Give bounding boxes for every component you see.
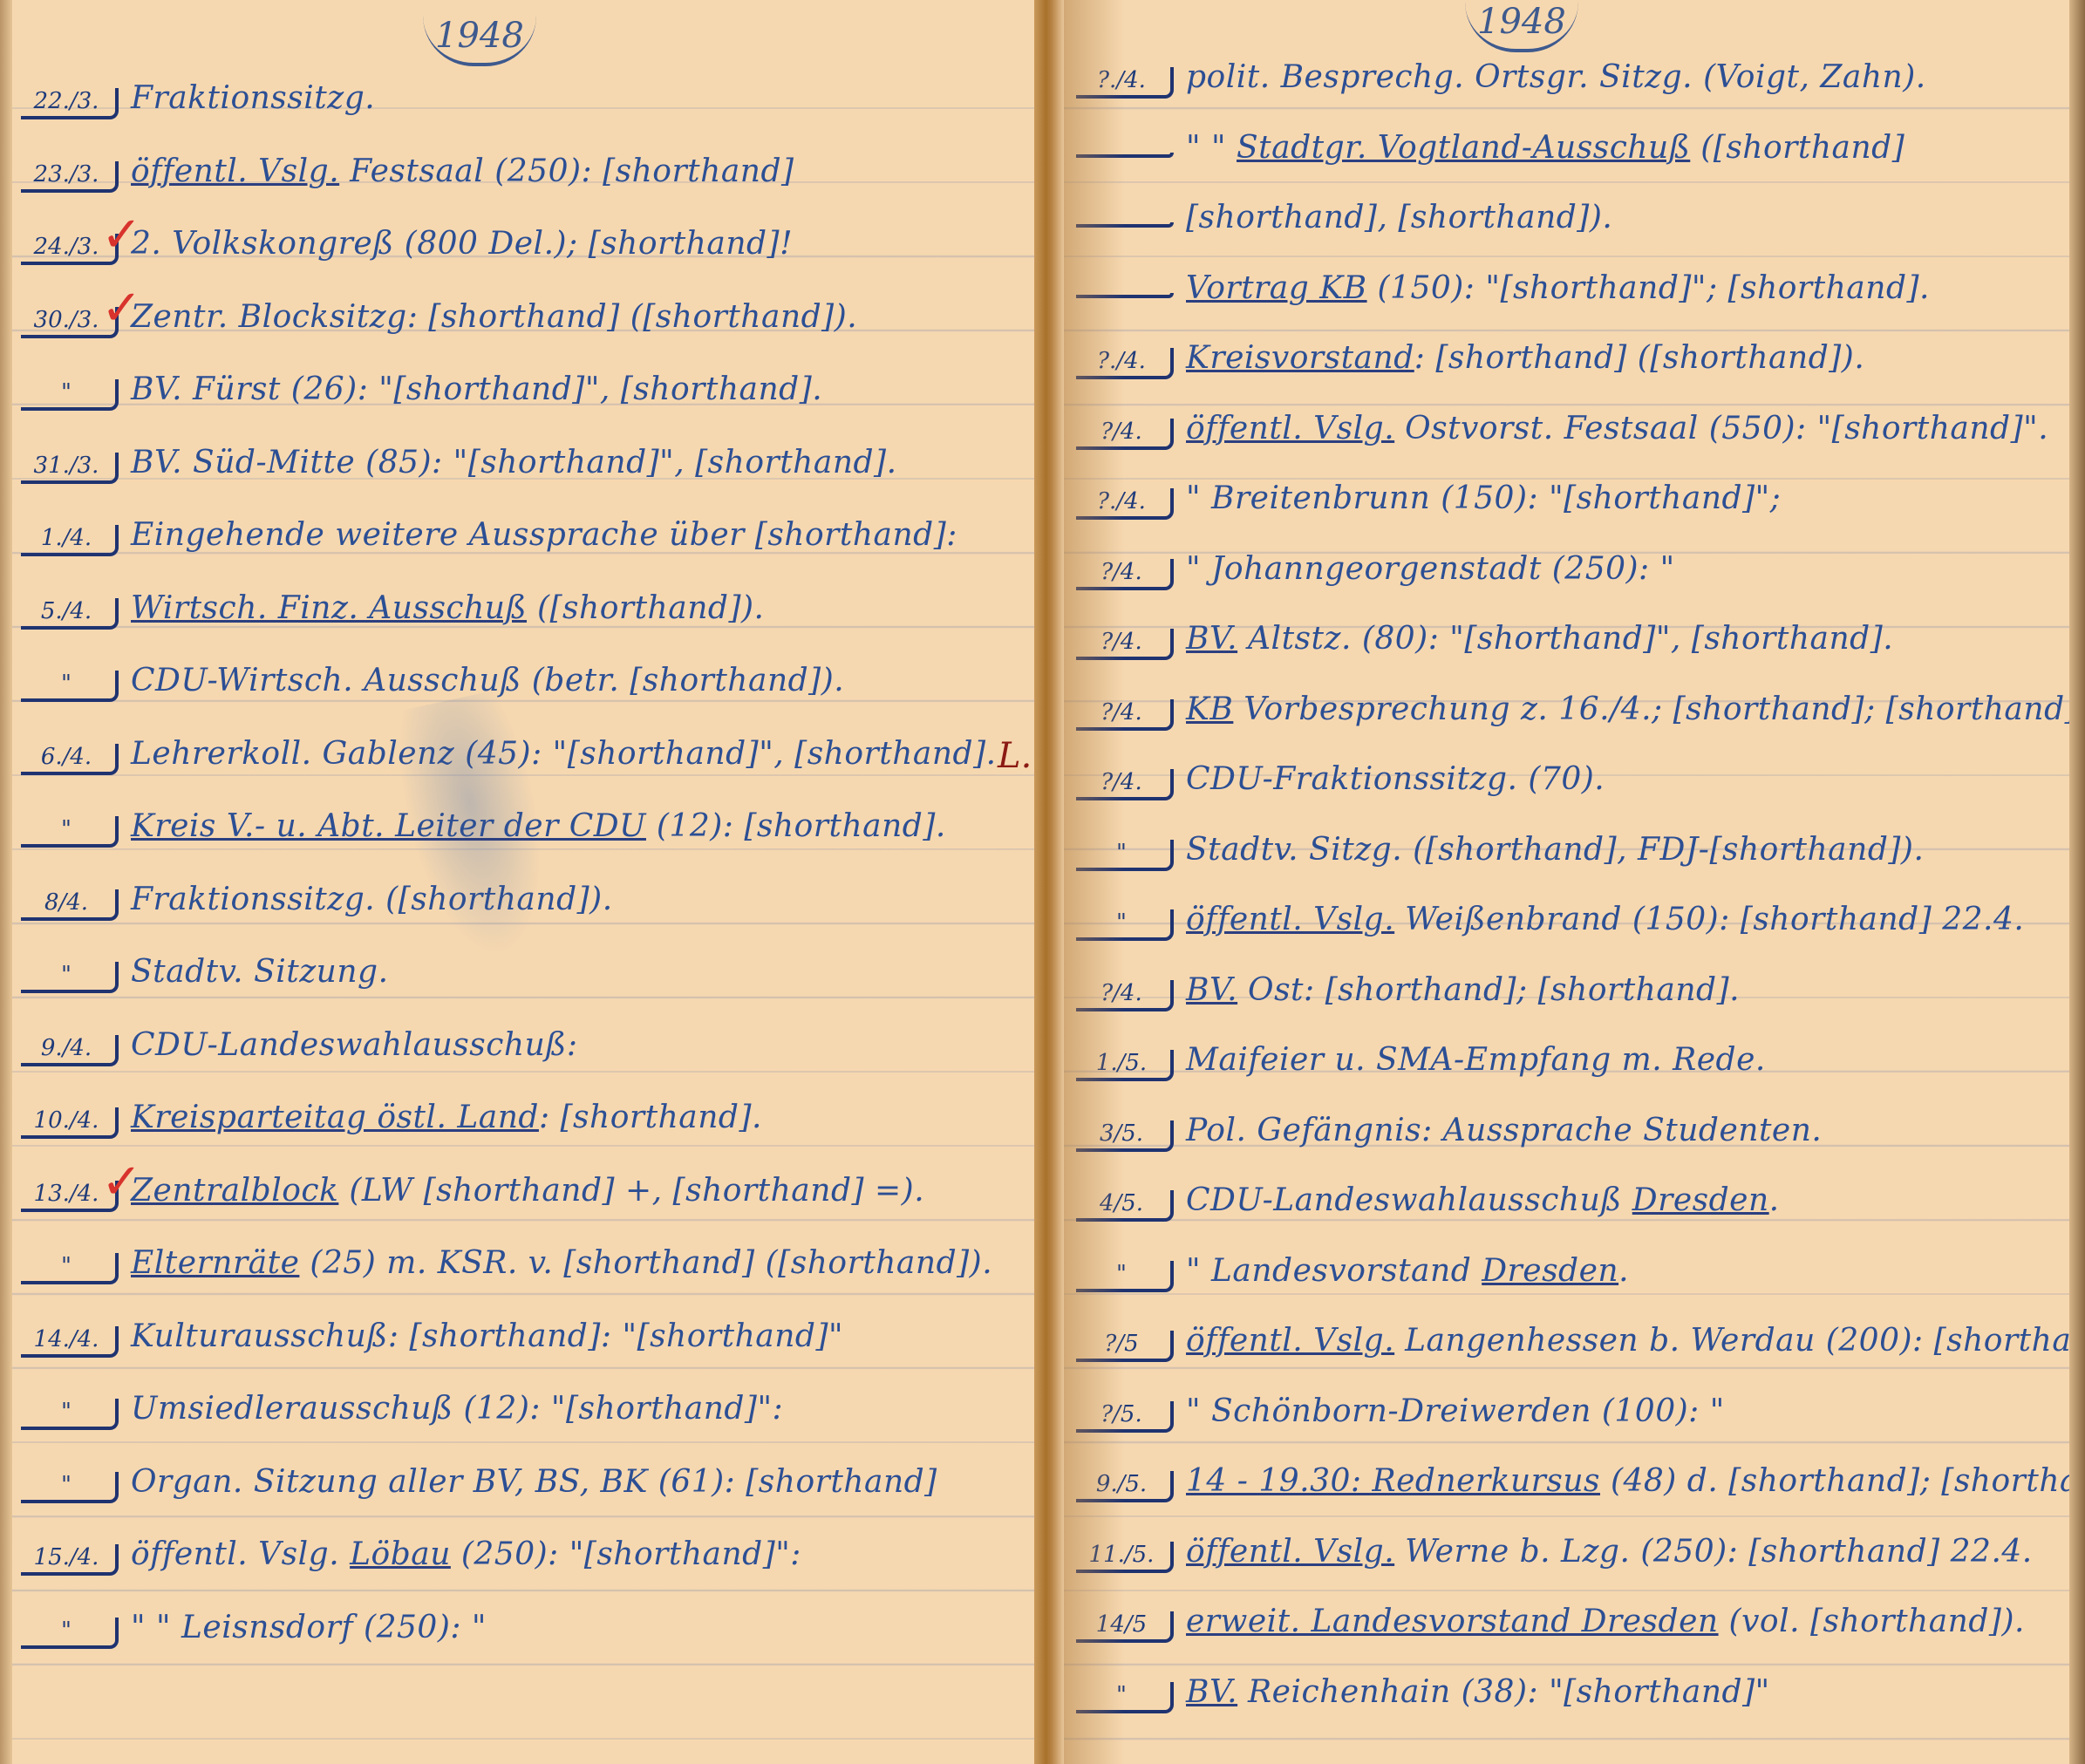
diary-entry: ?/4.BV. Ost: [shorthand]; [shorthand]. xyxy=(1076,972,1740,1033)
entry-text: BV. Fürst (26): "[shorthand]", [shorthan… xyxy=(131,371,822,407)
entry-date: " xyxy=(21,671,119,702)
diary-entry: ?/4.BV. Altstz. (80): "[shorthand]", [sh… xyxy=(1076,621,1893,682)
entry-text: KB Vorbesprechung z. 16./4.; [shorthand]… xyxy=(1186,691,2085,727)
diary-entry: ?/5." Schönborn-Dreiwerden (100): " xyxy=(1076,1393,1725,1454)
entry-text: CDU-Landeswahlausschuß: xyxy=(131,1027,577,1063)
entry-date: " xyxy=(21,962,119,993)
entry-date: " xyxy=(21,379,119,411)
entry-text: Pol. Gefängnis: Aussprache Studenten. xyxy=(1186,1113,1822,1148)
diary-entry: ?/5öffentl. Vslg. Langenhessen b. Werdau… xyxy=(1076,1323,2085,1384)
entry-text: CDU-Wirtsch. Ausschuß (betr. [shorthand]… xyxy=(131,663,844,698)
entry-text: Zentr. Blocksitzg: [shorthand] ([shortha… xyxy=(131,299,857,335)
diary-entry: ?/4." Johanngeorgenstadt (250): " xyxy=(1076,551,1675,612)
entry-date: 8/4. xyxy=(21,889,119,921)
diary-entry: "CDU-Wirtsch. Ausschuß (betr. [shorthand… xyxy=(21,663,844,724)
diary-entry: 3/5.Pol. Gefängnis: Aussprache Studenten… xyxy=(1076,1113,1822,1174)
diary-entry: 14./4.Kulturausschuß: [shorthand]: "[sho… xyxy=(21,1318,843,1379)
diary-entry: ?/4.CDU-Fraktionssitzg. (70). xyxy=(1076,761,1605,822)
red-margin-mark: L. xyxy=(998,736,1032,776)
diary-entry: 15./4.öffentl. Vslg. Löbau (250): "[shor… xyxy=(21,1536,801,1597)
entry-text: öffentl. Vslg. Festsaal (250): [shorthan… xyxy=(131,153,794,189)
notebook-spine xyxy=(1034,0,1064,1764)
entry-date: " xyxy=(21,816,119,848)
entry-date: 31./3. xyxy=(21,453,119,484)
diary-entry: 13./4.Zentralblock (LW [shorthand] +, [s… xyxy=(21,1173,924,1234)
entry-date: " xyxy=(21,1472,119,1503)
entry-text: " " Leisnsdorf (250): " xyxy=(131,1610,487,1645)
diary-entry: "BV. Reichenhain (38): "[shorthand]" xyxy=(1076,1674,1770,1735)
diary-entry: "" " Leisnsdorf (250): " xyxy=(21,1610,487,1671)
diary-entry: 31./3.BV. Süd-Mitte (85): "[shorthand]",… xyxy=(21,445,897,506)
entry-date: 1./4. xyxy=(21,525,119,556)
diary-entry: 24./3.2. Volkskongreß (800 Del.); [short… xyxy=(21,226,793,287)
entry-text: Lehrerkoll. Gablenz (45): "[shorthand]",… xyxy=(131,736,997,772)
entry-date: 15./4. xyxy=(21,1544,119,1576)
entry-date: 5./4. xyxy=(21,598,119,630)
red-check-icon: ✓ xyxy=(101,207,142,263)
spine-shadow xyxy=(1064,0,1125,1764)
diary-entry: "Elternräte (25) m. KSR. v. [shorthand] … xyxy=(21,1245,992,1306)
diary-entry: "" Landesvorstand Dresden. xyxy=(1076,1253,1629,1314)
entry-text: Stadtv. Sitzung. xyxy=(131,954,389,990)
entry-text: Elternräte (25) m. KSR. v. [shorthand] (… xyxy=(131,1245,992,1281)
diary-entry: 9./5.14 - 19.30: Rednerkursus (48) d. [s… xyxy=(1076,1463,2085,1524)
entry-text: öffentl. Vslg. Langenhessen b. Werdau (2… xyxy=(1186,1323,2085,1359)
entry-date: " xyxy=(21,1618,119,1649)
entry-date: 9./4. xyxy=(21,1035,119,1066)
diary-entry: 22./3.Fraktionssitzg. xyxy=(21,80,375,141)
entry-text: Fraktionssitzg. ([shorthand]). xyxy=(131,882,613,917)
diary-entry: "BV. Fürst (26): "[shorthand]", [shortha… xyxy=(21,371,822,432)
entry-date: 23./3. xyxy=(21,161,119,193)
entry-text: Zentralblock (LW [shorthand] +, [shortha… xyxy=(131,1173,924,1209)
diary-entry: 4/5.CDU-Landeswahlausschuß Dresden. xyxy=(1076,1182,1780,1243)
left-page-year: 1948 xyxy=(423,16,536,66)
entry-text: 14 - 19.30: Rednerkursus (48) d. [shorth… xyxy=(1186,1463,2085,1499)
entry-text: öffentl. Vslg. Werne b. Lzg. (250): [sho… xyxy=(1186,1534,2033,1570)
entry-text: BV. Altstz. (80): "[shorthand]", [shorth… xyxy=(1186,621,1893,657)
entry-text: öffentl. Vslg. Löbau (250): "[shorthand]… xyxy=(131,1536,801,1572)
entry-text: Wirtsch. Finz. Ausschuß ([shorthand]). xyxy=(131,590,764,626)
entry-text: Kreis V.- u. Abt. Leiter der CDU (12): [… xyxy=(131,808,946,844)
entry-date: 14./4. xyxy=(21,1326,119,1358)
entry-text: BV. Ost: [shorthand]; [shorthand]. xyxy=(1186,972,1740,1008)
entry-text: Kulturausschuß: [shorthand]: "[shorthand… xyxy=(131,1318,843,1354)
entry-text: " Breitenbrunn (150): "[shorthand]"; xyxy=(1186,480,1781,516)
diary-entry: "Kreis V.- u. Abt. Leiter der CDU (12): … xyxy=(21,808,946,869)
diary-entry: ?./4." Breitenbrunn (150): "[shorthand]"… xyxy=(1076,480,1781,541)
diary-entry: ?/4.KB Vorbesprechung z. 16./4.; [shorth… xyxy=(1076,691,2085,753)
diary-entry: 30./3.Zentr. Blocksitzg: [shorthand] ([s… xyxy=(21,299,857,360)
left-page: 1948 22./3.Fraktionssitzg.23./3.öffentl.… xyxy=(0,0,1038,1764)
red-check-icon: ✓ xyxy=(101,280,142,337)
entry-text: öffentl. Vslg. Ostvorst. Festsaal (550):… xyxy=(1186,411,2048,446)
diary-entry: ?./4.polit. Besprechg. Ortsgr. Sitzg. (V… xyxy=(1076,59,1926,120)
entry-date: 22./3. xyxy=(21,88,119,119)
diary-entry: ?/4.öffentl. Vslg. Ostvorst. Festsaal (5… xyxy=(1076,411,2048,472)
diary-entry: [shorthand], [shorthand]). xyxy=(1076,200,1612,261)
entry-text: BV. Süd-Mitte (85): "[shorthand]", [shor… xyxy=(131,445,897,480)
entry-date: 10./4. xyxy=(21,1107,119,1139)
entry-text: BV. Reichenhain (38): "[shorthand]" xyxy=(1186,1674,1770,1710)
diary-entry: 9./4.CDU-Landeswahlausschuß: xyxy=(21,1027,577,1088)
diary-entry: ?./4.Kreisvorstand: [shorthand] ([shorth… xyxy=(1076,340,1864,401)
diary-entry: 8/4.Fraktionssitzg. ([shorthand]). xyxy=(21,882,613,943)
diary-entry: "Stadtv. Sitzung. xyxy=(21,954,389,1015)
entry-text: " " Stadtgr. Vogtland-Ausschuß ([shortha… xyxy=(1186,130,1904,166)
entry-text: Fraktionssitzg. xyxy=(131,80,375,116)
entry-text: Kreisvorstand: [shorthand] ([shorthand])… xyxy=(1186,340,1864,376)
diary-entry: 6./4.Lehrerkoll. Gablenz (45): "[shortha… xyxy=(21,736,997,797)
entry-text: " Johanngeorgenstadt (250): " xyxy=(1186,551,1675,587)
entry-date: " xyxy=(21,1399,119,1430)
diary-entry: "öffentl. Vslg. Weißenbrand (150): [shor… xyxy=(1076,902,2024,963)
entry-text: erweit. Landesvorstand Dresden (vol. [sh… xyxy=(1186,1604,2025,1639)
diary-entry: 14/5erweit. Landesvorstand Dresden (vol.… xyxy=(1076,1604,2025,1665)
diary-entry: 1./5.Maifeier u. SMA-Empfang m. Rede. xyxy=(1076,1042,1766,1103)
entry-date: " xyxy=(21,1253,119,1284)
diary-entry: 1./4.Eingehende weitere Aussprache über … xyxy=(21,517,957,578)
entry-text: 2. Volkskongreß (800 Del.); [shorthand]! xyxy=(131,226,793,262)
entry-text: Kreisparteitag östl. Land: [shorthand]. xyxy=(131,1100,762,1135)
entry-text: Organ. Sitzung aller BV, BS, BK (61): [s… xyxy=(131,1464,937,1500)
entry-text: öffentl. Vslg. Weißenbrand (150): [short… xyxy=(1186,902,2024,937)
left-page-edge xyxy=(0,0,12,1764)
red-check-icon: ✓ xyxy=(101,1154,142,1210)
diary-entry: 11./5.öffentl. Vslg. Werne b. Lzg. (250)… xyxy=(1076,1534,2033,1595)
entry-text: polit. Besprechg. Ortsgr. Sitzg. (Voigt,… xyxy=(1186,59,1926,95)
diary-entry: "Stadtv. Sitzg. ([shorthand], FDJ-[short… xyxy=(1076,832,1924,893)
diary-entry: Vortrag KB (150): "[shorthand]"; [shorth… xyxy=(1076,270,1930,331)
entry-text: Umsiedlerausschuß (12): "[shorthand]": xyxy=(131,1391,783,1427)
diary-entry: " " Stadtgr. Vogtland-Ausschuß ([shortha… xyxy=(1076,130,1904,191)
entry-text: Eingehende weitere Aussprache über [shor… xyxy=(131,517,957,553)
entry-text: Stadtv. Sitzg. ([shorthand], FDJ-[shorth… xyxy=(1186,832,1924,868)
diary-entry: "Organ. Sitzung aller BV, BS, BK (61): [… xyxy=(21,1464,937,1525)
diary-entry: "Umsiedlerausschuß (12): "[shorthand]": xyxy=(21,1391,783,1452)
entry-text: " Landesvorstand Dresden. xyxy=(1186,1253,1629,1289)
entry-date: 6./4. xyxy=(21,744,119,775)
notebook-spread: 1948 22./3.Fraktionssitzg.23./3.öffentl.… xyxy=(0,0,2085,1764)
entry-text: Maifeier u. SMA-Empfang m. Rede. xyxy=(1186,1042,1766,1078)
diary-entry: 5./4.Wirtsch. Finz. Ausschuß ([shorthand… xyxy=(21,590,764,651)
right-page: 1948 ?./4.polit. Besprechg. Ortsgr. Sitz… xyxy=(1038,0,2085,1764)
right-page-edge xyxy=(2069,0,2085,1764)
entry-text: " Schönborn-Dreiwerden (100): " xyxy=(1186,1393,1725,1429)
entry-text: [shorthand], [shorthand]). xyxy=(1186,200,1612,235)
entry-text: Vortrag KB (150): "[shorthand]"; [shorth… xyxy=(1186,270,1930,306)
entry-text: CDU-Fraktionssitzg. (70). xyxy=(1186,761,1605,797)
diary-entry: 23./3.öffentl. Vslg. Festsaal (250): [sh… xyxy=(21,153,794,215)
right-page-year: 1948 xyxy=(1465,2,1578,52)
entry-text: CDU-Landeswahlausschuß Dresden. xyxy=(1186,1182,1780,1218)
diary-entry: 10./4.Kreisparteitag östl. Land: [shorth… xyxy=(21,1100,762,1161)
